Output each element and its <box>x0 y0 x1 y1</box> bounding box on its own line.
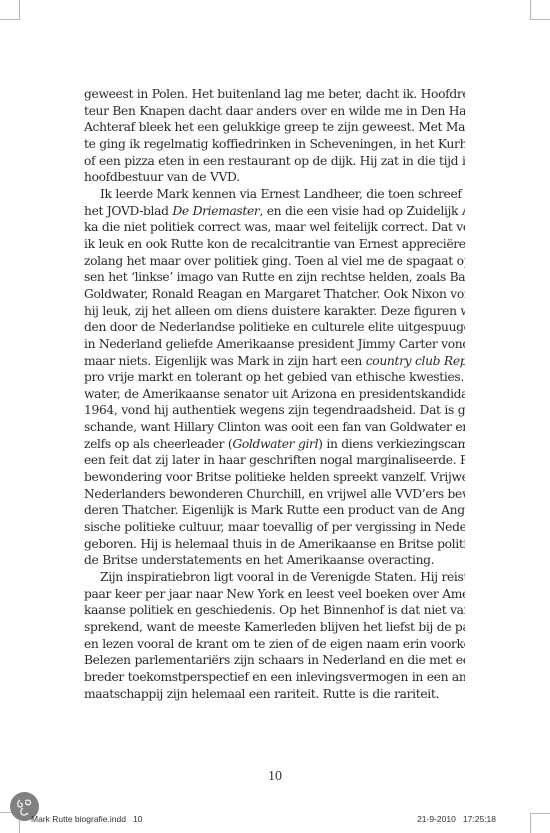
text-line: de Britse understatements en het Amerika… <box>84 552 465 569</box>
text-line: teur Ben Knapen dacht daar anders over e… <box>84 103 465 120</box>
text-line: sische politieke cultuur, maar toevallig… <box>84 519 465 536</box>
text-line: zolang het maar over politiek ging. Toen… <box>84 253 465 270</box>
text-line: 1964, vond hij authentiek wegens zijn te… <box>84 402 465 419</box>
text-line: pro vrije markt en tolerant op het gebie… <box>84 369 465 386</box>
crop-mark-top-right-v <box>530 0 531 20</box>
crop-mark-bottom-right-v <box>530 813 531 833</box>
text-line: Belezen parlementariërs zijn schaars in … <box>84 652 465 669</box>
text-line: kaanse politiek en geschiedenis. Op het … <box>84 602 465 619</box>
paragraph: Ik leerde Mark kennen via Ernest Landhee… <box>84 186 465 569</box>
text-line: Achteraf bleek het een gelukkige greep t… <box>84 119 465 136</box>
text-line: zelfs op als cheerleader (Goldwater girl… <box>84 436 465 453</box>
text-line: hoofdbestuur van de VVD. <box>84 169 465 186</box>
paragraph: Zijn inspiratiebron ligt vooral in de Ve… <box>84 569 465 702</box>
text-line: maatschappij zijn helemaal een rariteit.… <box>84 686 465 703</box>
text-line: hij leuk, zij het alleen om diens duiste… <box>84 303 465 320</box>
text-line: den door de Nederlandse politieke en cul… <box>84 319 465 336</box>
text-line: geboren. Hij is helemaal thuis in de Ame… <box>84 536 465 553</box>
crop-mark-top-right-h <box>530 19 550 20</box>
text-line: een feit dat zij later in haar geschrift… <box>84 452 465 469</box>
paragraph: geweest in Polen. Het buitenland lag me … <box>84 86 465 186</box>
text-line: deren Thatcher. Eigenlijk is Mark Rutte … <box>84 502 465 519</box>
text-line: het JOVD-blad De Driemaster, en die een … <box>84 203 465 220</box>
text-line: of een pizza eten in een restaurant op d… <box>84 153 465 170</box>
text-line: Nederlanders bewonderen Churchill, en vr… <box>84 486 465 503</box>
text-line: te ging ik regelmatig koffiedrinken in S… <box>84 136 465 153</box>
crop-mark-top-left-h <box>0 19 20 20</box>
slug-file-name: Mark Rutte biografie.indd 10 <box>31 814 143 824</box>
crop-mark-bottom-right-h <box>530 813 550 814</box>
text-line: maar niets. Eigenlijk was Mark in zijn h… <box>84 353 465 370</box>
crop-mark-top-left-v <box>19 0 20 20</box>
text-line: ka die niet politiek correct was, maar w… <box>84 219 465 236</box>
text-line: bewondering voor Britse politieke helden… <box>84 469 465 486</box>
text-line: Goldwater, Ronald Reagan en Margaret Tha… <box>84 286 465 303</box>
text-line: en lezen vooral de krant om te zien of d… <box>84 636 465 653</box>
text-line: Zijn inspiratiebron ligt vooral in de Ve… <box>84 569 465 586</box>
text-line: in Nederland geliefde Amerikaanse presid… <box>84 336 465 353</box>
text-line: water, de Amerikaanse senator uit Arizon… <box>84 386 465 403</box>
page-number: 10 <box>257 769 293 785</box>
text-line: geweest in Polen. Het buitenland lag me … <box>84 86 465 103</box>
text-line: sprekend, want de meeste Kamerleden blij… <box>84 619 465 636</box>
text-line: breder toekomstperspectief en een inlevi… <box>84 669 465 686</box>
text-line: ik leuk en ook Rutte kon de recalcitrant… <box>84 236 465 253</box>
body-text: geweest in Polen. Het buitenland lag me … <box>84 86 465 702</box>
text-line: Ik leerde Mark kennen via Ernest Landhee… <box>84 186 465 203</box>
text-line: schande, want Hillary Clinton was ooit e… <box>84 419 465 436</box>
text-line: paar keer per jaar naar New York en lees… <box>84 586 465 603</box>
slug-datetime: 21-9-2010 17:25:18 <box>417 814 496 824</box>
text-line: sen het ‘linkse’ imago van Rutte en zijn… <box>84 269 465 286</box>
